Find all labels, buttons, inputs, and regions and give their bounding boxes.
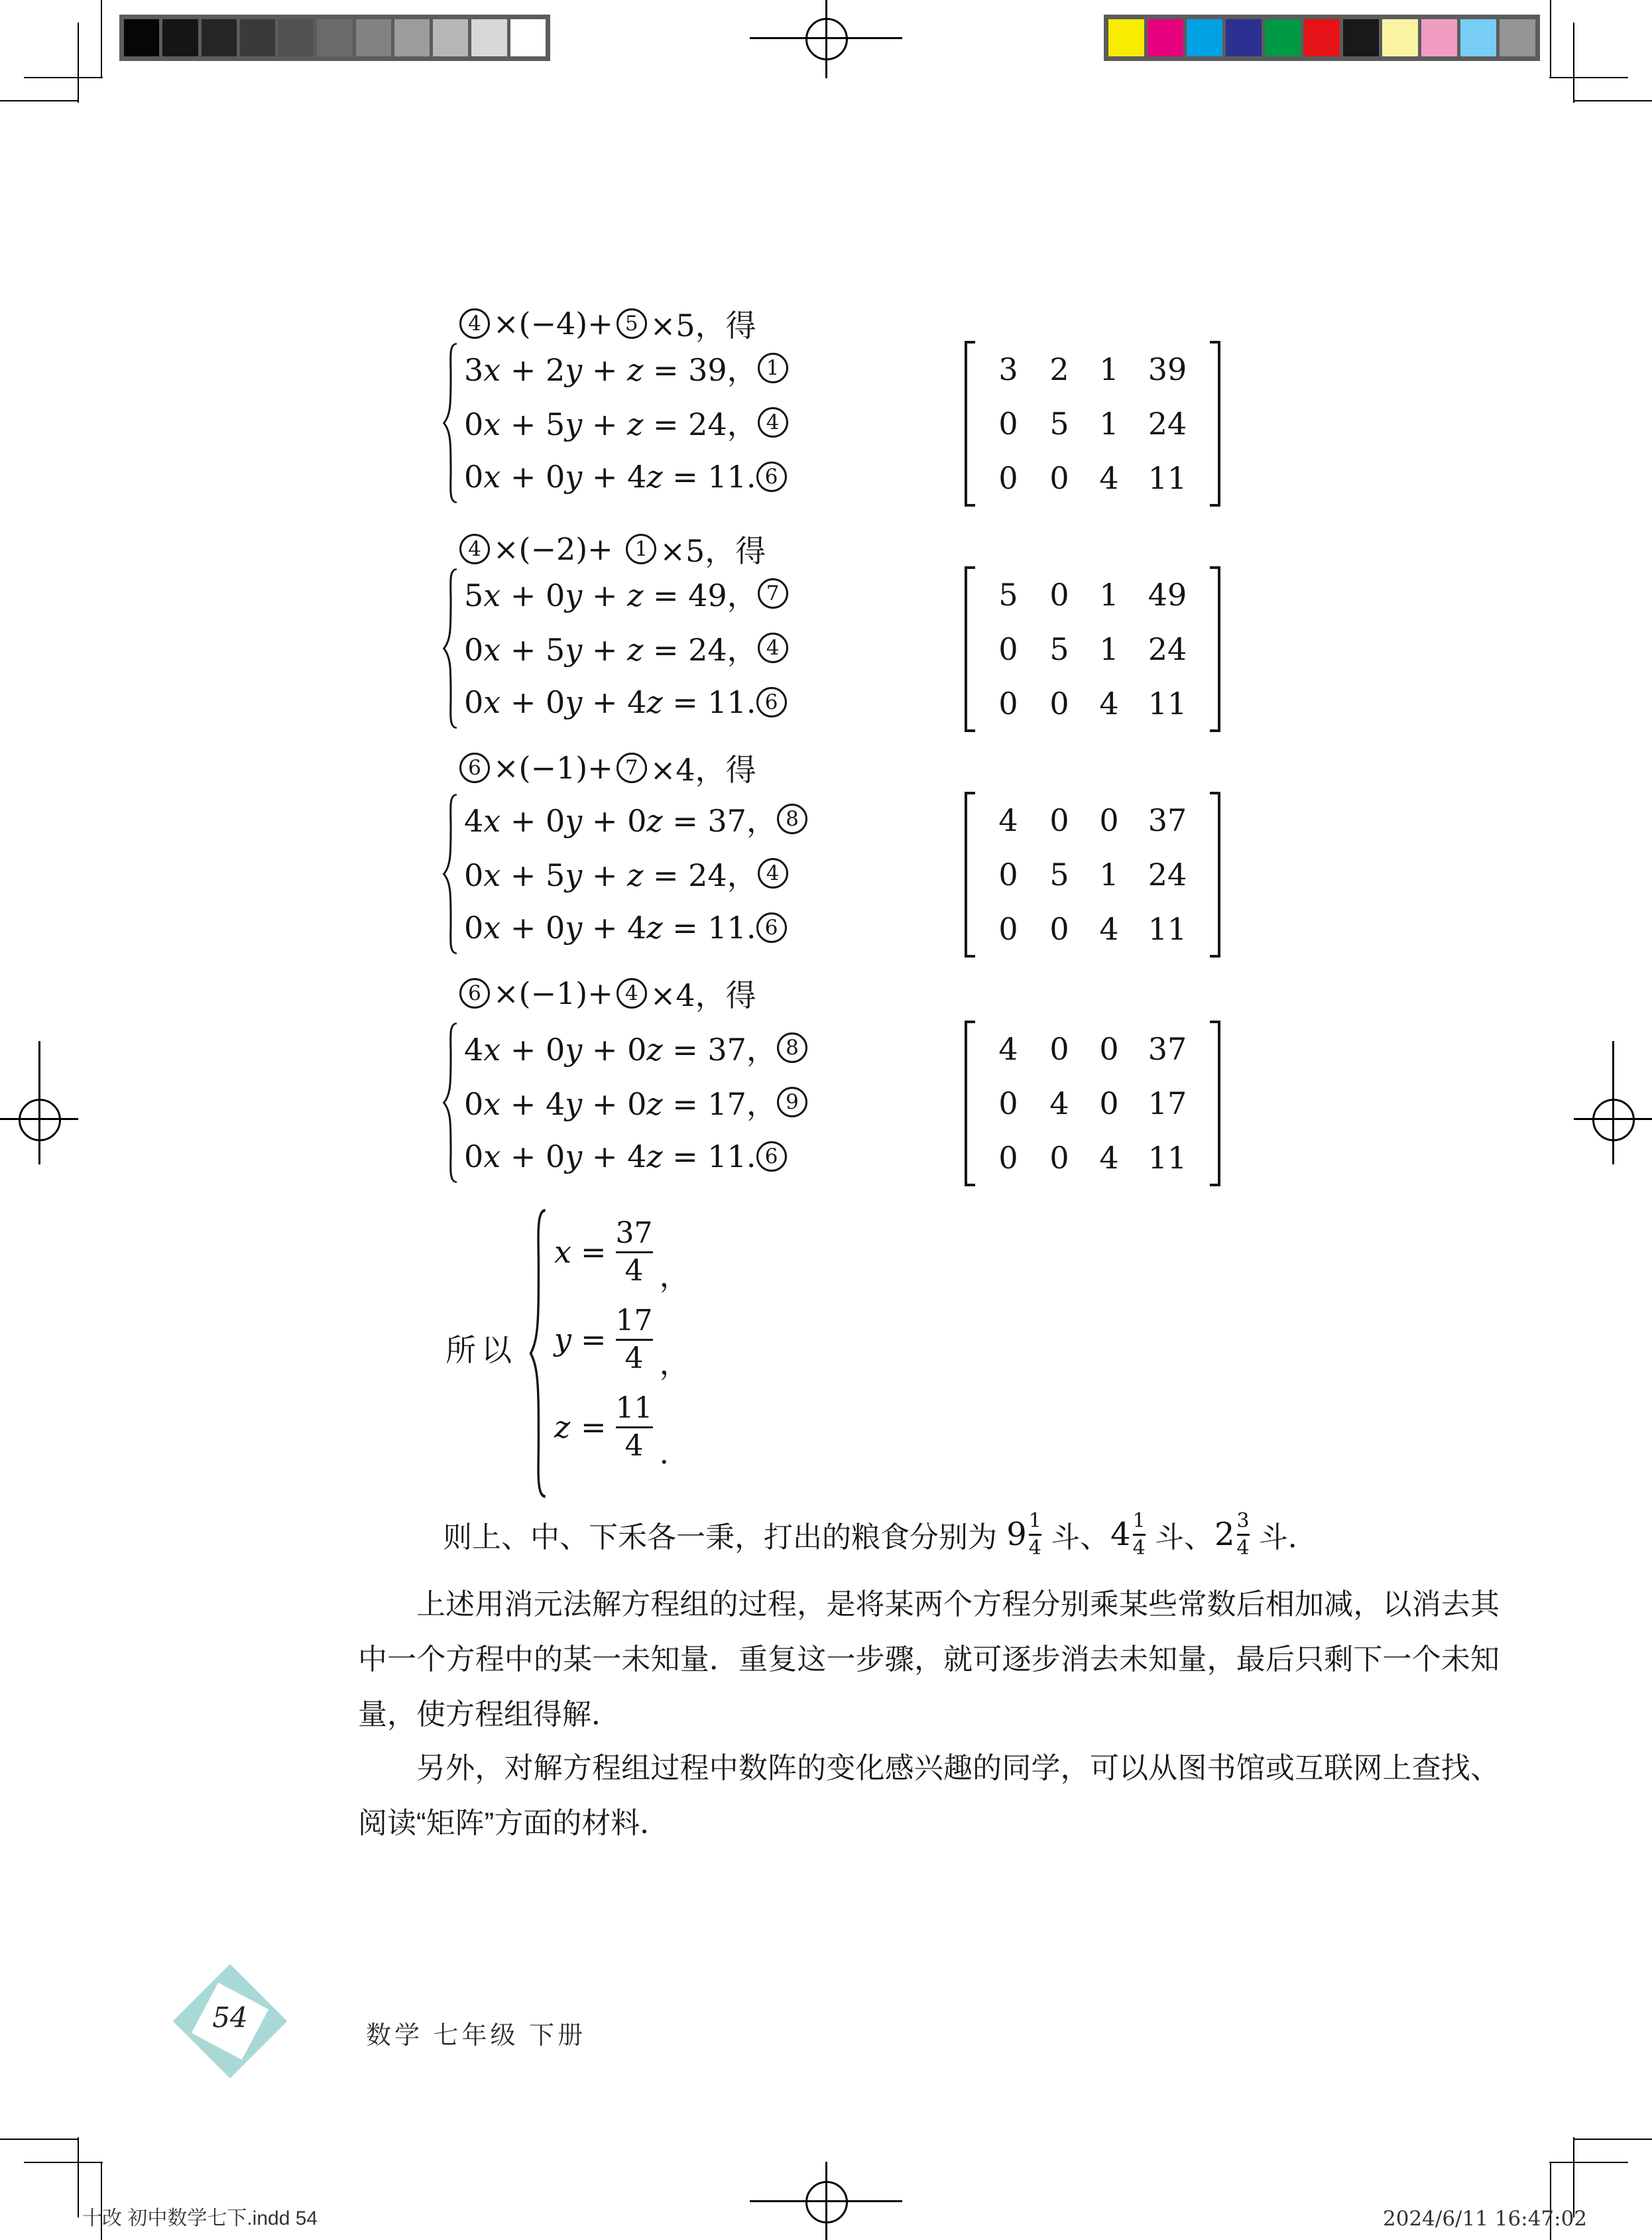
matrix-cell: 5 [1033,406,1085,442]
step-header: 4×(−4)+5×5，得 [456,306,756,341]
matrix-cell: 17 [1133,1086,1202,1121]
matrix-cell: 37 [1133,1031,1202,1067]
equation: 5x + 0y + z = 49， [464,572,758,615]
fraction-bar [616,1339,653,1341]
numerator: 1 [1029,1511,1041,1532]
denominator: 4 [1029,1538,1041,1559]
numerator: 1 [1133,1511,1146,1532]
matrix-row: 00411 [983,902,1202,956]
equation: 0x + 0y + 4z = 11. [464,910,756,946]
registration-mark [19,1099,61,1141]
matrix-cell: 0 [1033,686,1085,721]
solution-row: z = 114 . [554,1383,856,1471]
circled-number: 4 [758,407,788,438]
trim-mark [78,2137,79,2217]
circled-number: 1 [626,534,656,564]
unit-text: 斗． [1251,1513,1317,1556]
print-timestamp: 2024/6/11 16:47:02 [1383,2207,1587,2231]
header-text: ×4，得 [650,971,756,1015]
textbook-page: 4×(−4)+5×5，得 3x + 2y + z = 39， 1 0x + 5y… [0,0,1652,2240]
calibration-swatch [433,19,468,56]
matrix-cell: 4 [1085,460,1133,496]
matrix-row: 00411 [983,676,1202,731]
trim-mark [1573,2137,1574,2217]
variable: y [554,1322,577,1357]
denominator: 4 [625,1430,644,1462]
equation: 0x + 4y + 0z = 17， [464,1080,777,1124]
trim-mark [24,2162,103,2163]
whole-number: 2 [1214,1516,1235,1553]
fraction-bar [1133,1534,1146,1536]
numerator: 17 [616,1305,653,1337]
augmented-matrix: 400370401700411 [965,1021,1220,1186]
matrix-cell: 0 [1033,802,1085,838]
solution-block: 所以 x = 374 ， y = 174 ， z = 114 . [445,1208,856,1500]
matrix-bracket-right [1210,341,1220,507]
header-text: ×5，得 [660,527,766,571]
equals-sign: = [581,1409,607,1445]
circled-number: 9 [777,1087,807,1117]
equation-row: 3x + 2y + z = 39， 1 [464,341,745,395]
header-text: ×(−1)+ [493,750,613,786]
matrix-cell: 1 [1085,631,1133,667]
denominator: 4 [1237,1538,1250,1559]
unit-text: 斗、 [1043,1513,1109,1556]
augmented-matrix: 400370512400411 [965,792,1220,958]
matrix-row: 05124 [983,622,1202,676]
matrix-cell: 4 [1033,1086,1085,1121]
page-number: 54 [190,2001,270,2034]
body-paragraph: 上述用消元法解方程组的过程，是将某两个方程分别乘某些常数后相加减，以消去其中一个… [358,1577,1500,1742]
matrix-cell: 0 [1033,460,1085,496]
circled-number: 4 [758,633,788,663]
calibration-swatch [317,19,352,56]
equation-row: 0x + 4y + 0z = 17， 9 [464,1075,745,1129]
result-line: 则上、中、下禾各一秉，打出的粮食分别为 914 斗、 414 斗、 234 斗． [443,1500,1317,1569]
matrix-cell: 0 [983,1140,1033,1176]
matrix-cell: 1 [1085,577,1133,613]
matrix-cell: 11 [1133,686,1202,721]
matrix-cell: 0 [983,1086,1033,1121]
fraction-bar [616,1426,653,1428]
registration-mark [805,2181,848,2223]
matrix-cell: 0 [1033,1140,1085,1176]
equation: 0x + 0y + 4z = 11. [464,459,756,495]
matrix-cell: 1 [1085,406,1133,442]
matrix-cell: 4 [1085,686,1133,721]
matrix-cell: 2 [1033,351,1085,387]
matrix-cell: 4 [983,1031,1033,1067]
equation-row: 0x + 5y + z = 24， 4 [464,846,745,901]
solution-prefix: 所以 [445,1326,517,1370]
equation-row: 0x + 0y + 4z = 11. 6 [464,901,745,955]
whole-number: 4 [1110,1516,1131,1553]
calibration-swatch [278,19,314,56]
header-text: ×(−4)+ [493,306,613,342]
calibration-swatch [202,19,237,56]
circled-number: 4 [459,534,490,564]
fraction: 14 [1029,1511,1041,1558]
equation-system: 3x + 2y + z = 39， 1 0x + 5y + z = 24， 4 … [430,341,774,504]
header-text: ×(−2)+ [493,531,622,567]
matrix-row: 05124 [983,847,1202,902]
matrix-row: 50149 [983,568,1202,622]
step-header: 6×(−1)+7×4，得 [456,751,756,785]
matrix-bracket-right [1210,1021,1220,1186]
step-header: 4×(−2)+ 1×5，得 [456,532,766,566]
equation: 0x + 0y + 4z = 11. [464,1139,756,1174]
mixed-number: 234 [1214,1511,1250,1558]
matrix-cell: 5 [1033,631,1085,667]
matrix-cell: 5 [1033,857,1085,893]
trim-mark [1549,2162,1628,2163]
circled-number: 6 [756,462,787,492]
punctuation: ， [660,1252,690,1296]
unit-text: 斗、 [1147,1513,1213,1556]
matrix-cell: 24 [1133,631,1202,667]
circled-number: 6 [756,1141,787,1172]
matrix-cell: 39 [1133,351,1202,387]
matrix-cell: 0 [983,857,1033,893]
matrix-cell: 0 [983,686,1033,721]
header-text: ×(−1)+ [493,975,613,1011]
circled-number: 8 [777,804,807,834]
equation: 0x + 5y + z = 24， [464,851,758,895]
circled-number: 1 [758,353,788,383]
matrix-cell: 0 [1085,802,1133,838]
punctuation: . [660,1435,670,1471]
equation-system: 5x + 0y + z = 49， 7 0x + 5y + z = 24， 4 … [430,566,774,729]
calibration-swatch [510,19,546,56]
matrix-row: 32139 [983,342,1202,397]
matrix-cell: 24 [1133,857,1202,893]
augmented-matrix: 321390512400411 [965,341,1220,507]
numerator: 11 [616,1393,653,1424]
circled-number: 4 [459,308,490,339]
calibration-swatch [394,19,430,56]
circled-number: 7 [617,753,647,783]
matrix-cell: 0 [983,406,1033,442]
matrix-grid: 400370401700411 [975,1021,1210,1186]
fraction-bar [1029,1534,1041,1536]
numerator: 37 [616,1217,653,1249]
calibration-swatch [1500,19,1535,56]
matrix-cell: 1 [1085,351,1133,387]
book-title: 数学 七年级 下册 [366,2015,586,2051]
calibration-swatch [1382,19,1418,56]
matrix-cell: 0 [1085,1031,1133,1067]
matrix-cell: 0 [1033,911,1085,947]
variable: z [554,1409,577,1445]
matrix-cell: 0 [983,460,1033,496]
circled-number: 4 [758,858,788,889]
header-text: ×4，得 [650,746,756,790]
equation: 4x + 0y + 0z = 37， [464,797,777,841]
calibration-swatch [162,19,198,56]
body-paragraph: 另外，对解方程组过程中数阵的变化感兴趣的同学，可以从图书馆或互联网上查找、阅读“… [358,1741,1500,1851]
equals-sign: = [581,1234,607,1270]
matrix-cell: 11 [1133,1140,1202,1176]
header-text: ×5，得 [650,302,756,345]
matrix-cell: 1 [1085,857,1133,893]
matrix-cell: 11 [1133,911,1202,947]
matrix-row: 40037 [983,1022,1202,1076]
whole-number: 9 [1006,1516,1027,1553]
matrix-cell: 37 [1133,802,1202,838]
circled-number: 6 [756,687,787,717]
equation: 0x + 0y + 4z = 11. [464,684,756,720]
system-brace [439,793,459,955]
matrix-cell: 49 [1133,577,1202,613]
calibration-swatch [240,19,275,56]
calibration-swatch [1460,19,1496,56]
calibration-swatch [1265,19,1301,56]
equation-row: 0x + 5y + z = 24， 4 [464,395,745,450]
variable: x [554,1234,577,1270]
circled-number: 5 [617,308,647,339]
denominator: 4 [1133,1538,1146,1559]
matrix-cell: 0 [1085,1086,1133,1121]
trim-mark [24,77,103,78]
equation-row: 0x + 0y + 4z = 11. 6 [464,450,745,504]
matrix-cell: 4 [1085,911,1133,947]
circled-number: 4 [617,978,647,1009]
equation: 3x + 2y + z = 39， [464,346,758,390]
fraction: 14 [1133,1511,1146,1558]
equation-row: 0x + 5y + z = 24， 4 [464,621,745,675]
matrix-cell: 0 [983,911,1033,947]
fraction: 34 [1237,1511,1250,1558]
matrix-cell: 0 [983,631,1033,667]
trim-mark [1574,2139,1652,2140]
system-brace [439,1022,459,1184]
matrix-bracket-left [965,566,975,732]
system-brace [439,568,459,729]
matrix-grid: 501490512400411 [975,566,1210,732]
equation-system: 4x + 0y + 0z = 37， 8 0x + 4y + 0z = 17， … [430,1021,774,1184]
matrix-cell: 11 [1133,460,1202,496]
equation: 4x + 0y + 0z = 37， [464,1026,777,1070]
trim-mark [1574,100,1652,101]
matrix-row: 00411 [983,451,1202,505]
equals-sign: = [581,1322,607,1357]
equation: 0x + 5y + z = 24， [464,626,758,670]
circled-number: 6 [459,978,490,1009]
step-header: 6×(−1)+4×4，得 [456,976,756,1011]
equation-row: 5x + 0y + z = 49， 7 [464,566,745,621]
equation-row: 4x + 0y + 0z = 37， 8 [464,792,745,846]
registration-mark [1592,1099,1635,1141]
denominator: 4 [625,1343,644,1375]
punctuation: ， [660,1339,690,1383]
matrix-cell: 5 [983,577,1033,613]
denominator: 4 [625,1255,644,1287]
registration-mark [805,18,848,60]
calibration-swatch [124,19,159,56]
mixed-number: 914 [1006,1511,1041,1558]
trim-mark [1550,0,1551,78]
matrix-row: 05124 [983,397,1202,451]
matrix-cell: 24 [1133,406,1202,442]
equation-row: 0x + 0y + 4z = 11. 6 [464,675,745,729]
trim-mark [1549,77,1628,78]
system-brace [439,342,459,504]
result-text: 则上、中、下禾各一秉，打出的粮食分别为 [443,1513,1005,1556]
matrix-cell: 4 [1085,1140,1133,1176]
calibration-swatch [1421,19,1457,56]
fraction: 114 [616,1393,653,1462]
print-filename: 十改 初中数学七下.indd 54 [82,2202,318,2231]
equation-system: 4x + 0y + 0z = 37， 8 0x + 5y + z = 24， 4… [430,792,774,955]
calibration-swatch [356,19,391,56]
calibration-swatch [471,19,506,56]
circled-number: 8 [777,1032,807,1063]
matrix-cell: 0 [1033,577,1085,613]
trim-mark [0,2139,78,2140]
calibration-swatch [1343,19,1379,56]
numerator: 3 [1237,1511,1250,1532]
calibration-swatch [1226,19,1262,56]
circled-number: 7 [758,578,788,609]
trim-mark [101,0,102,78]
matrix-bracket-right [1210,792,1220,958]
color-calibration-bar [1104,15,1540,61]
mixed-number: 414 [1110,1511,1146,1558]
circled-number: 6 [459,753,490,783]
matrix-row: 40037 [983,793,1202,847]
matrix-cell: 0 [1033,1031,1085,1067]
matrix-bracket-left [965,792,975,958]
solution-row: y = 174 ， [554,1296,856,1383]
matrix-cell: 3 [983,351,1033,387]
trim-mark [78,23,79,103]
matrix-bracket-left [965,1021,975,1186]
solution-brace [525,1208,548,1499]
circled-number: 6 [756,912,787,943]
matrix-bracket-left [965,341,975,507]
matrix-row: 00411 [983,1131,1202,1185]
fraction: 374 [616,1217,653,1286]
equation: 0x + 5y + z = 24， [464,401,758,444]
equation-row: 0x + 0y + 4z = 11. 6 [464,1129,745,1184]
solution-row: x = 374 ， [554,1208,856,1296]
calibration-swatch [1304,19,1340,56]
matrix-grid: 400370512400411 [975,792,1210,958]
trim-mark [1573,23,1574,103]
grayscale-calibration-bar [119,15,550,61]
calibration-swatch [1148,19,1183,56]
matrix-grid: 321390512400411 [975,341,1210,507]
fraction-bar [1237,1534,1250,1536]
calibration-swatch [1108,19,1144,56]
matrix-bracket-right [1210,566,1220,732]
equation-row: 4x + 0y + 0z = 37， 8 [464,1021,745,1075]
augmented-matrix: 501490512400411 [965,566,1220,732]
matrix-cell: 4 [983,802,1033,838]
matrix-row: 04017 [983,1076,1202,1131]
trim-mark [0,100,78,101]
fraction-bar [616,1251,653,1253]
fraction: 174 [616,1305,653,1374]
calibration-swatch [1187,19,1222,56]
